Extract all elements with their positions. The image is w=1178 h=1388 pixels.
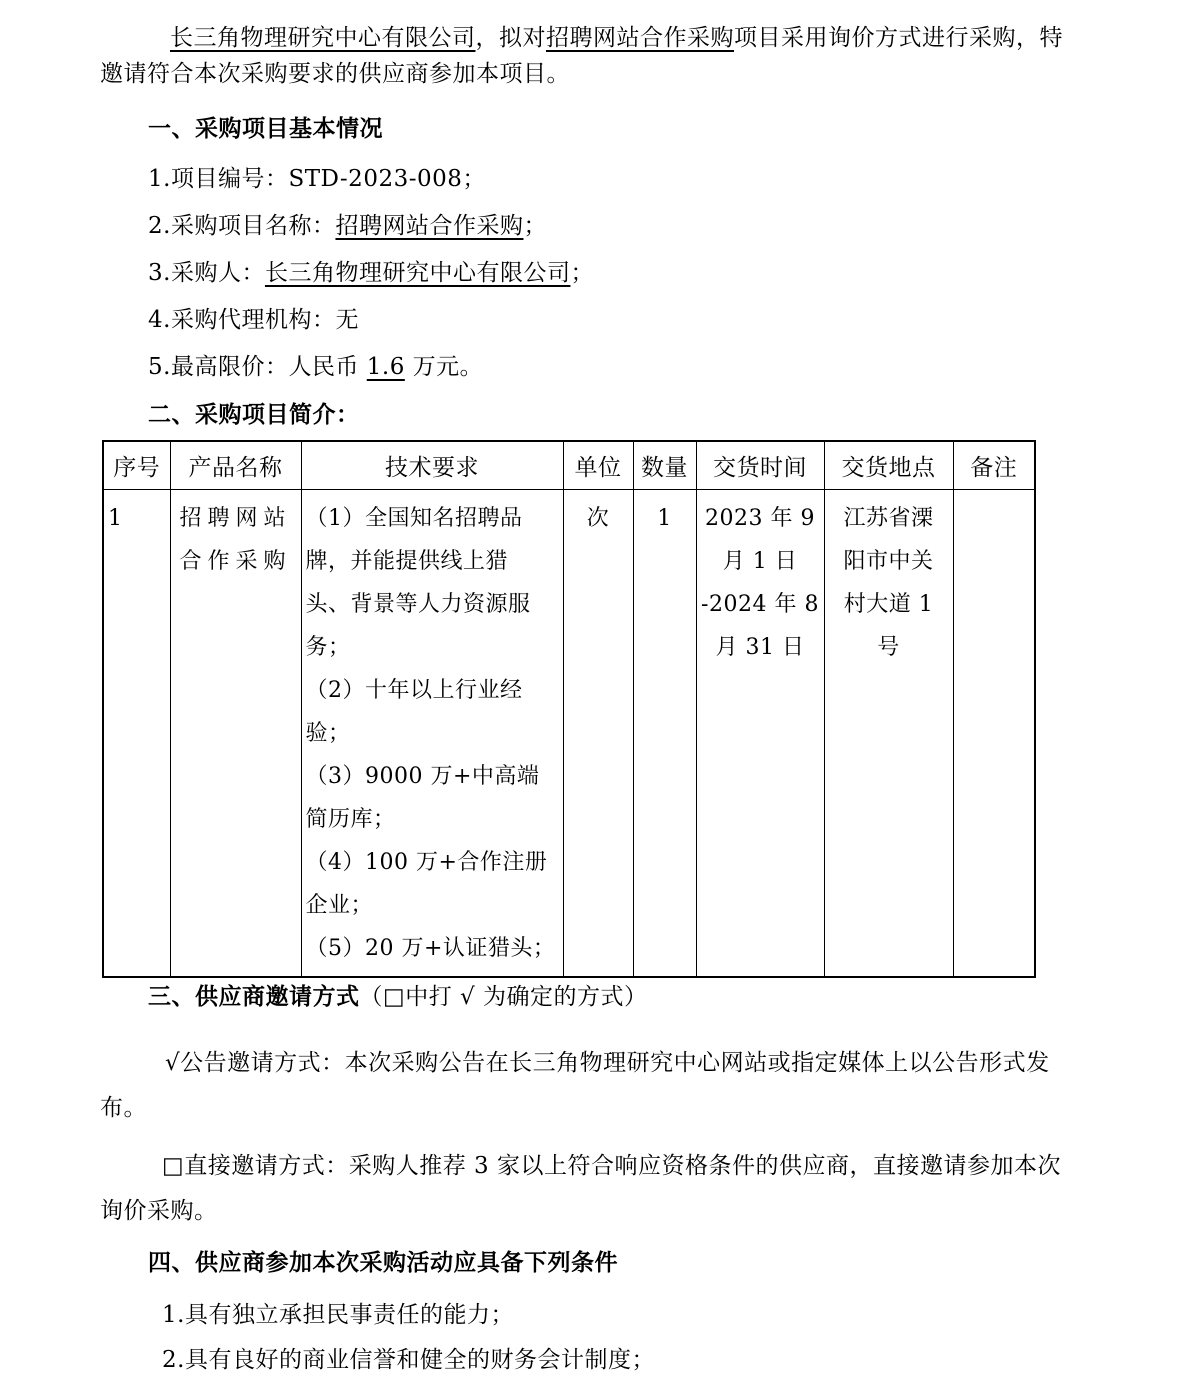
announcement-invitation-paragraph: √公告邀请方式：本次采购公告在长三角物理研究中心网站或指定媒体上以公告形式发布。 [100,1041,1088,1131]
price-limit-item: 5.最高限价：人民币 1.6 万元。 [100,352,1088,382]
project-name-item: 2.采购项目名称：招聘网站合作采购； [100,211,1088,241]
tech-requirements-cell: （1）全国知名招聘品 牌，并能提供线上猎 头、背景等人力资源服 务； （2）十年… [301,489,563,977]
procurement-items-table: 序号 产品名称 技术要求 单位 数量 交货时间 交货地点 备注 1 招聘网站 合… [102,440,1036,978]
agency-item: 4.采购代理机构：无 [100,305,1088,335]
section1-heading: 一、采购项目基本情况 [100,114,1088,144]
section3-heading-bold: 三、供应商邀请方式 [148,984,360,1010]
checkmark-icon: √ [165,1050,180,1076]
project-number-item: 1.项目编号：STD-2023-008； [100,164,1088,194]
direct-invitation-line2: 询价采购。 [100,1198,218,1224]
header-place: 交货地点 [824,441,953,489]
buyer-name-underlined: 长三角物理研究中心有限公司 [170,25,476,51]
header-qty: 数量 [633,441,696,489]
intro-line1-rest: 项目采用询价方式进行采购，特 [734,25,1063,51]
purchaser-value-underlined: 长三角物理研究中心有限公司 [265,260,571,286]
announcement-invitation-line2: 布。 [100,1095,147,1121]
purchaser-suffix: ； [570,260,594,286]
intro-paragraph: 长三角物理研究中心有限公司，拟对招聘网站合作采购项目采用询价方式进行采购，特邀请… [100,20,1088,92]
section4-heading: 四、供应商参加本次采购活动应具备下列条件 [100,1248,1088,1278]
header-time: 交货时间 [696,441,824,489]
remark-cell [953,489,1035,977]
project-name-value-underlined: 招聘网站合作采购 [335,213,523,239]
section3-heading: 三、供应商邀请方式（□中打 √ 为确定的方式） [100,982,1088,1012]
announcement-invitation-line1: 公告邀请方式：本次采购公告在长三角物理研究中心网站或指定媒体上以公告形式发 [180,1050,1050,1076]
header-remark: 备注 [953,441,1035,489]
price-limit-suffix: 万元。 [405,354,483,380]
section2-heading: 二、采购项目简介： [100,400,1088,430]
purchaser-item: 3.采购人：长三角物理研究中心有限公司； [100,258,1088,288]
table-data-row: 1 招聘网站 合作采购 （1）全国知名招聘品 牌，并能提供线上猎 头、背景等人力… [103,489,1035,977]
checkbox-icon: □ [162,1153,184,1179]
delivery-place-cell: 江苏省溧 阳市中关 村大道 1 号 [824,489,953,977]
purchaser-label: 3.采购人： [148,260,265,286]
delivery-time-cell: 2023 年 9 月 1 日 -2024 年 8 月 31 日 [696,489,824,977]
project-name-label: 2.采购项目名称： [148,213,335,239]
product-cell: 招聘网站 合作采购 [170,489,301,977]
direct-invitation-paragraph: □直接邀请方式：采购人推荐 3 家以上符合响应资格条件的供应商，直接邀请参加本次… [100,1144,1088,1234]
section3-heading-note: （□中打 √ 为确定的方式） [360,984,648,1010]
header-unit: 单位 [563,441,633,489]
intro-line2: 邀请符合本次采购要求的供应商参加本项目。 [100,61,570,87]
unit-cell: 次 [563,489,633,977]
project-name-suffix: ； [523,213,547,239]
seq-cell: 1 [103,489,170,977]
qty-cell: 1 [633,489,696,977]
intro-mid-text: ，拟对 [476,25,547,51]
document-page: 长三角物理研究中心有限公司，拟对招聘网站合作采购项目采用询价方式进行采购，特邀请… [0,0,1178,1388]
table-header-row: 序号 产品名称 技术要求 单位 数量 交货时间 交货地点 备注 [103,441,1035,489]
project-name-underlined: 招聘网站合作采购 [546,25,734,51]
price-limit-label: 5.最高限价：人民币 [148,354,367,380]
condition-item-1: 1.具有独立承担民事责任的能力； [100,1300,1088,1330]
condition-item-2: 2.具有良好的商业信誉和健全的财务会计制度； [100,1345,1088,1375]
header-product: 产品名称 [170,441,301,489]
price-limit-value-underlined: 1.6 [367,354,405,380]
direct-invitation-line1: 直接邀请方式：采购人推荐 3 家以上符合响应资格条件的供应商，直接邀请参加本次 [184,1153,1061,1179]
header-seq: 序号 [103,441,170,489]
header-tech: 技术要求 [301,441,563,489]
